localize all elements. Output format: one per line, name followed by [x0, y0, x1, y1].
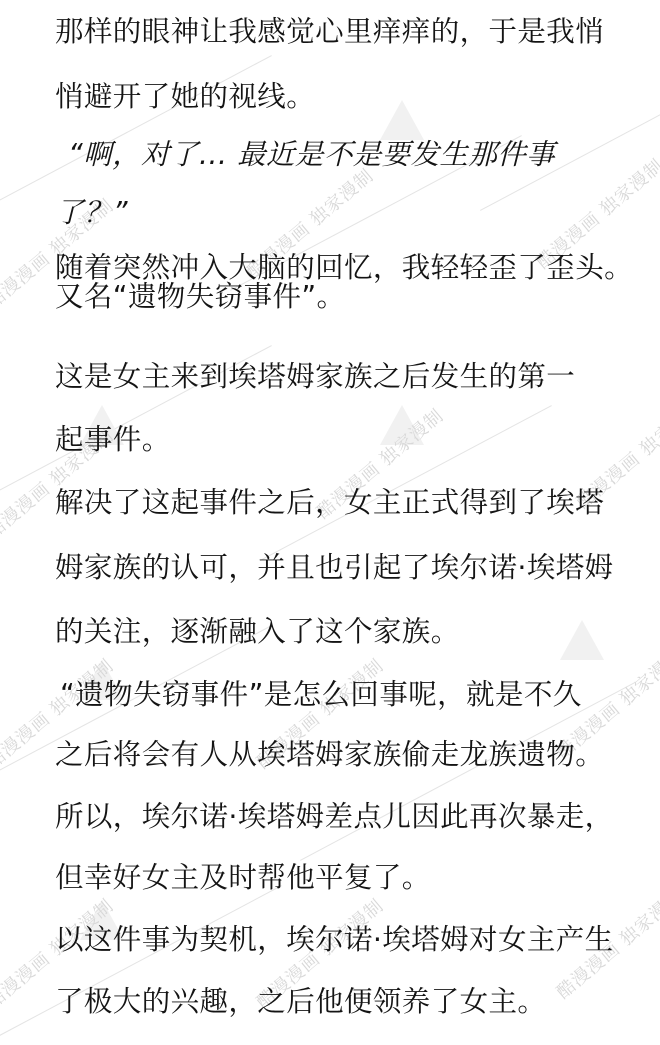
- text-line: 解决了这起事件之后，女主正式得到了埃塔: [55, 486, 604, 520]
- text-line: 姆家族的认可，并且也引起了埃尔诺·埃塔姆: [55, 551, 614, 585]
- watermark-triangle: [380, 100, 424, 140]
- dialogue-line: “啊，对了… 最近是不是要发生那件事: [68, 138, 555, 172]
- dialogue-line: 了？”: [55, 196, 128, 230]
- text-line: 这是女主来到埃塔姆家族之后发生的第一: [55, 360, 575, 394]
- watermark-line: [260, 405, 552, 561]
- text-line: 悄避开了她的视线。: [55, 80, 315, 114]
- text-line: 起事件。: [55, 423, 171, 457]
- text-line: 所以，埃尔诺·埃塔姆差点儿因此再次暴走，: [55, 800, 614, 834]
- text-line: 又名“遗物失窃事件”。: [55, 280, 345, 314]
- text-line: “遗物失窃事件”是怎么回事呢，就是不久: [60, 678, 582, 712]
- text-line: 的关注，逐渐融入了这个家族。: [55, 615, 460, 649]
- watermark-triangle: [560, 620, 604, 660]
- text-line: 之后将会有人从埃塔姆家族偷走龙族遗物。: [55, 738, 604, 772]
- watermark-triangle: [380, 405, 424, 445]
- text-line: 那样的眼神让我感觉心里痒痒的，于是我悄: [55, 15, 604, 49]
- watermark-line: [0, 55, 272, 211]
- text-line: 但幸好女主及时帮他平复了。: [55, 861, 431, 895]
- text-line: 了极大的兴趣，之后他便领养了女主。: [55, 985, 546, 1019]
- text-line: 以这件事为契机，埃尔诺·埃塔姆对女主产生: [55, 923, 614, 957]
